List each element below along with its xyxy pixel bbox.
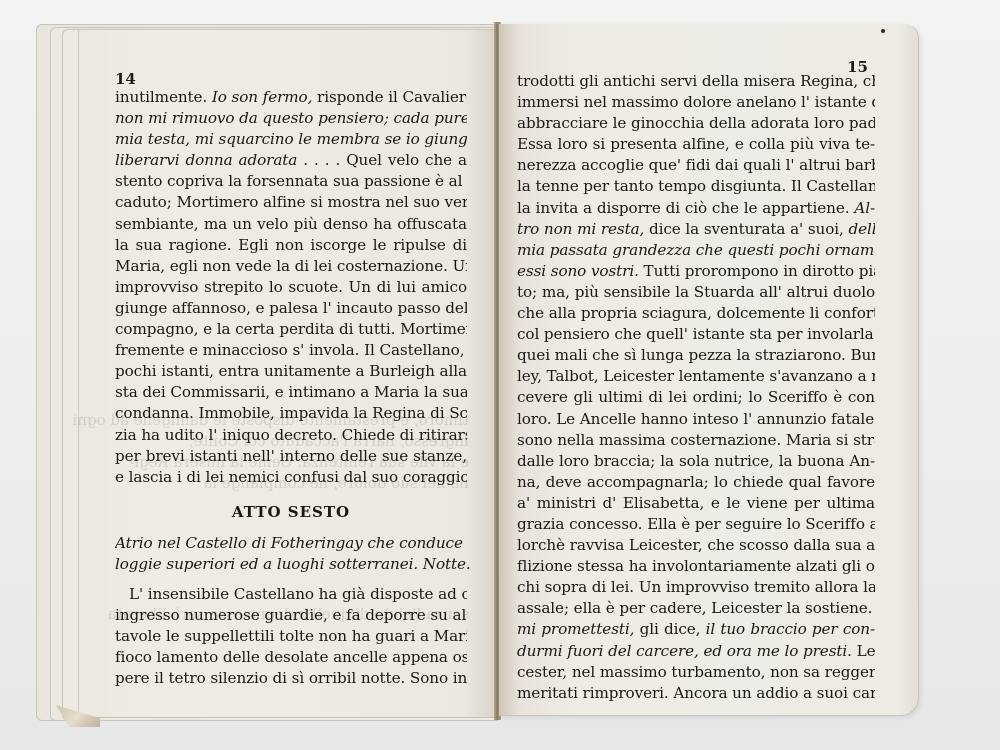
text-run: dice la sventurata a' suoi, xyxy=(644,220,848,238)
text-line: pochi istanti, entra unitamente a Burlei… xyxy=(115,361,467,382)
left-page: 14 timoro, e prestamente disposte le dam… xyxy=(78,30,496,718)
text-line: fioco lamento delle desolate ancelle app… xyxy=(115,647,467,668)
text-line: mia passata grandezza che questi pochi o… xyxy=(517,240,875,261)
text-line: e lascia i di lei nemici confusi dal suo… xyxy=(115,467,467,488)
text-line: stento copriva la forsennata sua passion… xyxy=(115,171,467,192)
text-line: Maria, egli non vede la di lei costernaz… xyxy=(115,256,467,277)
text-line: non mi rimuovo da questo pensiero; cada … xyxy=(115,108,467,129)
italic-run: Io son fermo, xyxy=(212,88,312,106)
text-line: ingresso numerose guardie, e fa deporre … xyxy=(115,605,467,626)
text-line: per brevi istanti nell' interno delle su… xyxy=(115,446,467,467)
text-line: durmi fuori del carcere, ed ora me lo pr… xyxy=(517,641,875,662)
italic-run: essi sono vostri. xyxy=(517,262,639,280)
text-run: risponde il Cavaliere, xyxy=(312,88,467,106)
page-number-left: 14 xyxy=(115,70,136,88)
text-line: sembiante, ma un velo più denso ha offus… xyxy=(115,214,467,235)
italic-run: mi promettesti, xyxy=(517,620,634,638)
italic-run: tro non mi resta, xyxy=(517,220,644,238)
text-line: grazia concesso. Ella è per seguire lo S… xyxy=(517,514,875,535)
text-run: Lei- xyxy=(852,642,875,660)
right-page-body: trodotti gli antichi servi della misera … xyxy=(517,71,875,704)
text-line: compagno, e la certa perdita di tutti. M… xyxy=(115,319,467,340)
text-run: la invita a disporre di ciò che le appar… xyxy=(517,199,854,217)
text-line: immersi nel massimo dolore anelano l' is… xyxy=(517,92,875,113)
text-line: na, deve accompagnarla; lo chiede qual f… xyxy=(517,472,875,493)
act-heading: ATTO SESTO xyxy=(115,502,467,523)
text-run: . . . . Quel velo che a xyxy=(297,151,467,169)
text-run: assale; ella è per cadere, Leicester la … xyxy=(517,599,875,617)
text-line: assale; ella è per cadere, Leicester la … xyxy=(517,598,875,619)
text-line: la sua ragione. Egli non iscorge le ripu… xyxy=(115,235,467,256)
text-line: che alla propria sciagura, dolcemente li… xyxy=(517,303,875,324)
left-page-body: inutilmente. Io son fermo, risponde il C… xyxy=(115,87,467,690)
text-line: loro. Le Ancelle hanno inteso l' annunzi… xyxy=(517,409,875,430)
book-photo: 14 timoro, e prestamente disposte le dam… xyxy=(0,0,1000,750)
italic-run: Al- xyxy=(854,199,875,217)
text-line: sta dei Commissarii, e intimano a Maria … xyxy=(115,382,467,403)
text-line: pere il tetro silenzio di sì orribil not… xyxy=(115,668,467,689)
text-line: liberarvi donna adorata . . . . Quel vel… xyxy=(115,150,467,171)
text-line: condanna. Immobile, impavida la Regina d… xyxy=(115,403,467,424)
text-line: lorchè ravvisa Leicester, che scosso dal… xyxy=(517,535,875,556)
spacer xyxy=(115,575,467,584)
text-run: Tutti prorompono in dirotto pian- xyxy=(639,262,875,280)
text-line: tavole le suppellettili tolte non ha gua… xyxy=(115,626,467,647)
text-line: flizione stessa ha involontariamente alz… xyxy=(517,556,875,577)
text-line: mia testa, mi squarcino le membra se io … xyxy=(115,129,467,150)
right-page: 15 trodotti gli antichi servi della mise… xyxy=(499,24,919,716)
text-line: quei mali che sì lunga pezza la straziar… xyxy=(517,345,875,366)
text-line: inutilmente. Io son fermo, risponde il C… xyxy=(115,87,467,108)
text-line: meritati rimproveri. Ancora un addio a s… xyxy=(517,683,875,704)
text-line: abbracciare le ginocchia della adorata l… xyxy=(517,113,875,134)
text-line: cester, nel massimo turbamento, non sa r… xyxy=(517,662,875,683)
text-line: mi promettesti, gli dice, il tuo braccio… xyxy=(517,619,875,640)
text-line: Essa loro si presenta alfine, e colla pi… xyxy=(517,134,875,155)
text-line: caduto; Mortimero alfine si mostra nel s… xyxy=(115,192,467,213)
ink-spot xyxy=(881,29,885,33)
text-line: improvviso strepito lo scuote. Un di lui… xyxy=(115,277,467,298)
text-line: to; ma, più sensibile la Stuarda all' al… xyxy=(517,282,875,303)
text-run: gli dice, xyxy=(634,620,705,638)
text-line: essi sono vostri. Tutti prorompono in di… xyxy=(517,261,875,282)
italic-run: liberarvi donna adorata xyxy=(115,151,297,169)
text-line: a' ministri d' Elisabetta, e le viene pe… xyxy=(517,493,875,514)
italic-run: durmi fuori del carcere, ed ora me lo pr… xyxy=(517,642,852,660)
text-line: zia ha udito l' iniquo decreto. Chiede d… xyxy=(115,425,467,446)
text-line: L' insensibile Castellano ha già dispost… xyxy=(115,584,467,605)
text-line: fremente e minaccioso s' invola. Il Cast… xyxy=(115,340,467,361)
text-run: inutilmente. xyxy=(115,88,212,106)
italic-run: della xyxy=(848,220,875,238)
text-line: cevere gli ultimi di lei ordini; lo Scer… xyxy=(517,387,875,408)
text-line: giunge affannoso, e palesa l' incauto pa… xyxy=(115,298,467,319)
text-line: dalle loro braccia; la sola nutrice, la … xyxy=(517,451,875,472)
text-line: ley, Talbot, Leicester lentamente s'avan… xyxy=(517,366,875,387)
stage-direction: Atrio nel Castello di Fotheringay che co… xyxy=(115,533,467,554)
text-line: sono nella massima costernazione. Maria … xyxy=(517,430,875,451)
text-line: chi sopra di lei. Un improvviso tremito … xyxy=(517,577,875,598)
text-line: nerezza accoglie que' fidi dai quali l' … xyxy=(517,155,875,176)
italic-run: il tuo braccio per con- xyxy=(706,620,875,638)
text-line: trodotti gli antichi servi della misera … xyxy=(517,71,875,92)
text-line: col pensiero che quell' istante sta per … xyxy=(517,324,875,345)
stage-direction: loggie superiori ed a luoghi sotterranei… xyxy=(115,554,467,575)
text-line: tro non mi resta, dice la sventurata a' … xyxy=(517,219,875,240)
text-line: la tenne per tanto tempo disgiunta. Il C… xyxy=(517,176,875,197)
text-line: la invita a disporre di ciò che le appar… xyxy=(517,198,875,219)
